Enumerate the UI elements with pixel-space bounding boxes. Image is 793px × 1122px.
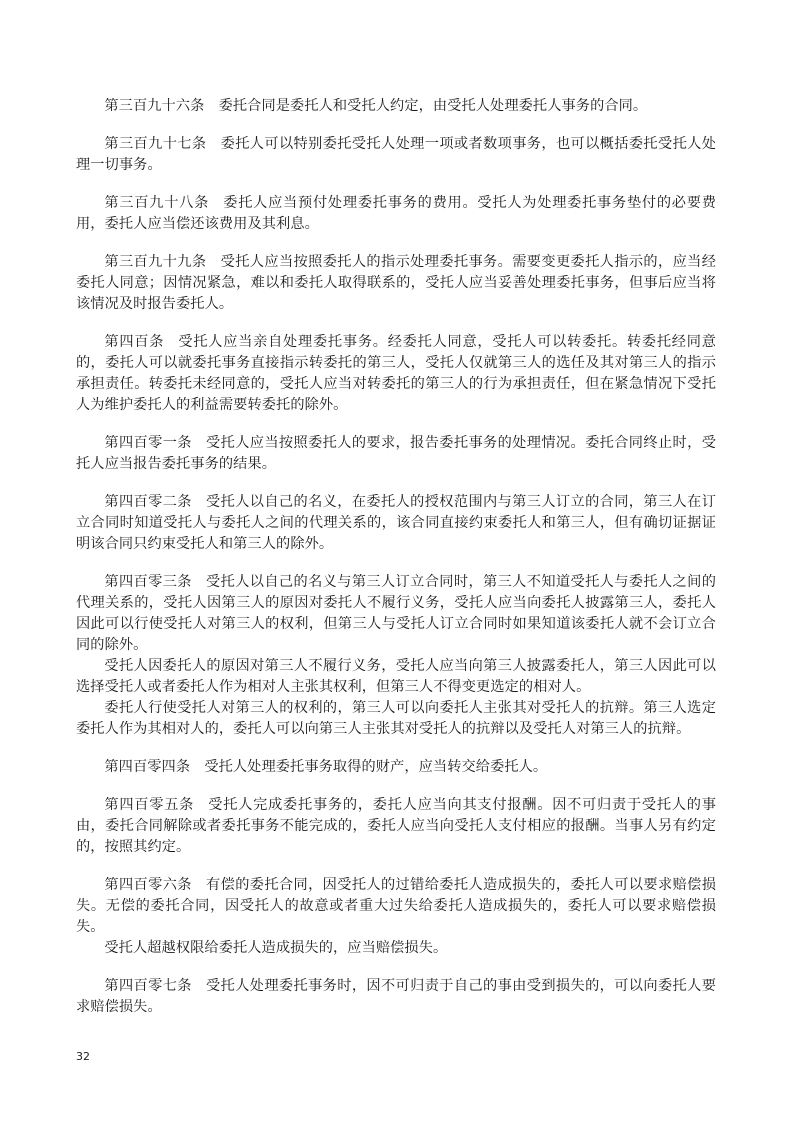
article-401: 第四百零一条受托人应当按照委托人的要求，报告委托事务的处理情况。委托合同终止时，… <box>76 433 716 475</box>
article-paragraph: 第四百零六条有偿的委托合同，因受托人的过错给委托人造成损失的，委托人可以要求赔偿… <box>76 875 716 938</box>
article-number: 第三百九十八条 <box>104 195 209 211</box>
article-397: 第三百九十七条委托人可以特别委托受托人处理一项或者数项事务，也可以概括委托受托人… <box>76 134 716 176</box>
article-text: 受托人处理委托事务取得的财产，应当转交给委托人。 <box>204 759 547 775</box>
article-396: 第三百九十六条委托合同是委托人和受托人约定，由受托人处理委托人事务的合同。 <box>76 96 716 117</box>
article-399: 第三百九十九条受托人应当按照委托人的指示处理委托事务。需要变更委托人指示的，应当… <box>76 252 716 315</box>
document-page: 第三百九十六条委托合同是委托人和受托人约定，由受托人处理委托人事务的合同。 第三… <box>76 96 716 1035</box>
article-number: 第三百九十六条 <box>104 98 204 114</box>
article-paragraph: 第四百零四条受托人处理委托事务取得的财产，应当转交给委托人。 <box>76 757 716 778</box>
article-number: 第四百零四条 <box>104 759 190 775</box>
article-paragraph: 第四百零二条受托人以自己的名义，在委托人的授权范围内与第三人订立的合同，第三人在… <box>76 492 716 555</box>
article-398: 第三百九十八条委托人应当预付处理委托事务的费用。受托人为处理委托事务垫付的必要费… <box>76 193 716 235</box>
article-number: 第四百零五条 <box>104 797 194 813</box>
article-text: 受托人应当亲自处理委托事务。经委托人同意，受托人可以转委托。转委托经同意的，委托… <box>76 334 716 413</box>
article-paragraph: 第四百条受托人应当亲自处理委托事务。经委托人同意，受托人可以转委托。转委托经同意… <box>76 332 716 416</box>
article-paragraph: 第四百零一条受托人应当按照委托人的要求，报告委托事务的处理情况。委托合同终止时，… <box>76 433 716 475</box>
article-403: 第四百零三条受托人以自己的名义与第三人订立合同时，第三人不知道受托人与委托人之间… <box>76 572 716 740</box>
article-406: 第四百零六条有偿的委托合同，因受托人的过错给委托人造成损失的，委托人可以要求赔偿… <box>76 875 716 959</box>
article-paragraph: 第三百九十六条委托合同是委托人和受托人约定，由受托人处理委托人事务的合同。 <box>76 96 716 117</box>
article-402: 第四百零二条受托人以自己的名义，在委托人的授权范围内与第三人订立的合同，第三人在… <box>76 492 716 555</box>
article-number: 第四百零二条 <box>104 494 191 510</box>
article-paragraph: 第三百九十八条委托人应当预付处理委托事务的费用。受托人为处理委托事务垫付的必要费… <box>76 193 716 235</box>
article-paragraph: 第四百零七条受托人处理委托事务时，因不可归责于自己的事由受到损失的，可以向委托人… <box>76 976 716 1018</box>
article-404: 第四百零四条受托人处理委托事务取得的财产，应当转交给委托人。 <box>76 757 716 778</box>
article-400: 第四百条受托人应当亲自处理委托事务。经委托人同意，受托人可以转委托。转委托经同意… <box>76 332 716 416</box>
article-number: 第四百零一条 <box>104 435 191 451</box>
article-number: 第三百九十九条 <box>104 254 206 270</box>
article-paragraph: 第三百九十七条委托人可以特别委托受托人处理一项或者数项事务，也可以概括委托受托人… <box>76 134 716 176</box>
article-number: 第四百零六条 <box>104 877 191 893</box>
article-paragraph: 委托人行使受托人对第三人的权利的，第三人可以向委托人主张其对受托人的抗辩。第三人… <box>76 698 716 740</box>
article-number: 第四百零七条 <box>104 978 191 994</box>
article-paragraph: 受托人因委托人的原因对第三人不履行义务，受托人应当向第三人披露委托人，第三人因此… <box>76 656 716 698</box>
page-number: 32 <box>76 1050 90 1063</box>
article-number: 第三百九十七条 <box>104 136 206 152</box>
article-number: 第四百零三条 <box>104 574 191 590</box>
article-text: 委托合同是委托人和受托人约定，由受托人处理委托人事务的合同。 <box>219 98 648 114</box>
article-407: 第四百零七条受托人处理委托事务时，因不可归责于自己的事由受到损失的，可以向委托人… <box>76 976 716 1018</box>
article-paragraph: 第四百零五条受托人完成委托事务的，委托人应当向其支付报酬。因不可归责于受托人的事… <box>76 795 716 858</box>
article-number: 第四百条 <box>104 334 164 350</box>
article-405: 第四百零五条受托人完成委托事务的，委托人应当向其支付报酬。因不可归责于受托人的事… <box>76 795 716 858</box>
article-paragraph: 第三百九十九条受托人应当按照委托人的指示处理委托事务。需要变更委托人指示的，应当… <box>76 252 716 315</box>
article-paragraph: 受托人超越权限给委托人造成损失的，应当赔偿损失。 <box>76 938 716 959</box>
article-paragraph: 第四百零三条受托人以自己的名义与第三人订立合同时，第三人不知道受托人与委托人之间… <box>76 572 716 656</box>
